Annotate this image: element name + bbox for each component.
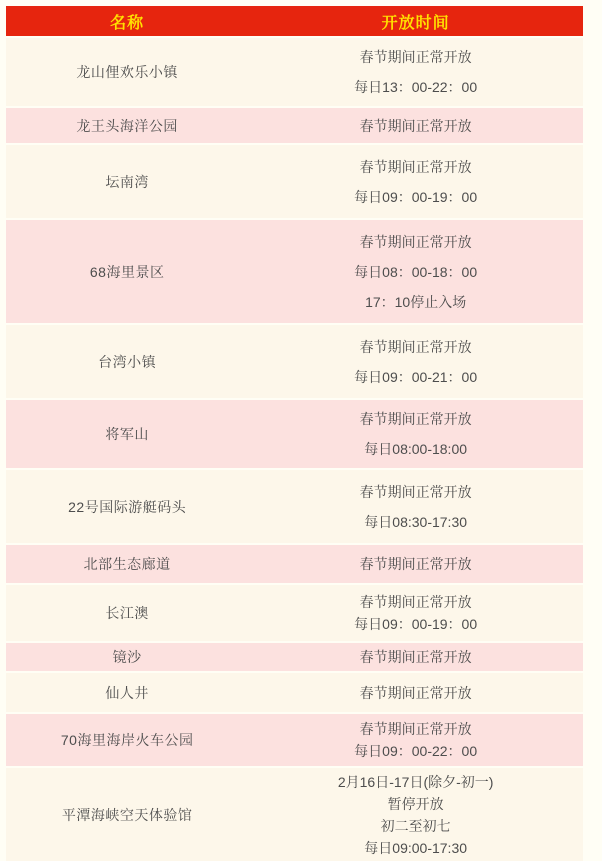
attraction-name: 仙人井 [6,673,248,712]
attraction-name: 68海里景区 [6,220,248,323]
opening-time-line: 春节期间正常开放 [360,722,472,736]
attraction-name: 将军山 [6,400,248,468]
opening-time-line: 每日08:30-17:30 [364,515,467,529]
attraction-name: 镜沙 [6,643,248,671]
attraction-name: 22号国际游艇码头 [6,470,248,543]
table-row: 镜沙 春节期间正常开放 [6,643,583,671]
opening-time-line: 春节期间正常开放 [360,160,472,174]
table-row: 北部生态廊道 春节期间正常开放 [6,545,583,583]
opening-time-line: 每日09：00-22：00 [354,744,477,758]
table-row: 仙人井 春节期间正常开放 [6,673,583,712]
opening-time-line: 春节期间正常开放 [360,485,472,499]
attraction-name: 台湾小镇 [6,325,248,398]
table-row: 68海里景区 春节期间正常开放 每日08：00-18：00 17：10停止入场 [6,220,583,323]
opening-time-line: 春节期间正常开放 [360,50,472,64]
opening-time-line: 春节期间正常开放 [360,595,472,609]
table-header-row: 名称 开放时间 [6,6,583,36]
table-row: 龙王头海洋公园 春节期间正常开放 [6,108,583,143]
opening-time-line: 初二至初七 [381,819,451,833]
table-row: 70海里海岸火车公园 春节期间正常开放 每日09：00-22：00 [6,714,583,766]
opening-time-line: 春节期间正常开放 [360,340,472,354]
opening-time-line: 2月16日-17日(除夕-初一) [338,775,494,789]
table-row: 坛南湾 春节期间正常开放 每日09：00-19：00 [6,145,583,218]
attraction-name: 龙山俚欢乐小镇 [6,38,248,106]
header-name: 名称 [6,6,248,36]
opening-time-line: 春节期间正常开放 [360,686,472,700]
table-row: 将军山 春节期间正常开放 每日08:00-18:00 [6,400,583,468]
opening-time-line: 每日09：00-19：00 [354,190,477,204]
opening-time-line: 春节期间正常开放 [360,650,472,664]
opening-time-line: 17：10停止入场 [365,295,466,309]
opening-time-line: 春节期间正常开放 [360,119,472,133]
opening-time-line: 每日13：00-22：00 [354,80,477,94]
table-row: 平潭海峡空天体验馆 2月16日-17日(除夕-初一) 暂停开放 初二至初七 每日… [6,768,583,861]
opening-hours-table: 名称 开放时间 龙山俚欢乐小镇 春节期间正常开放 每日13：00-22：00 龙… [6,6,583,861]
attraction-name: 平潭海峡空天体验馆 [6,768,248,861]
opening-time-line: 每日09:00-17:30 [364,841,467,855]
header-opening-time: 开放时间 [248,6,583,36]
opening-time-line: 春节期间正常开放 [360,557,472,571]
opening-time-line: 暂停开放 [388,797,444,811]
opening-time-line: 每日08：00-18：00 [354,265,477,279]
table-row: 台湾小镇 春节期间正常开放 每日09：00-21：00 [6,325,583,398]
table-row: 长江澳 春节期间正常开放 每日09：00-19：00 [6,585,583,641]
attraction-name: 长江澳 [6,585,248,641]
table-row: 龙山俚欢乐小镇 春节期间正常开放 每日13：00-22：00 [6,38,583,106]
opening-time-line: 每日08:00-18:00 [364,442,467,456]
opening-time-line: 春节期间正常开放 [360,235,472,249]
opening-time-line: 每日09：00-21：00 [354,370,477,384]
opening-time-line: 春节期间正常开放 [360,412,472,426]
attraction-name: 龙王头海洋公园 [6,108,248,143]
opening-time-line: 每日09：00-19：00 [354,617,477,631]
attraction-name: 70海里海岸火车公园 [6,714,248,766]
attraction-name: 北部生态廊道 [6,545,248,583]
attraction-name: 坛南湾 [6,145,248,218]
table-row: 22号国际游艇码头 春节期间正常开放 每日08:30-17:30 [6,470,583,543]
